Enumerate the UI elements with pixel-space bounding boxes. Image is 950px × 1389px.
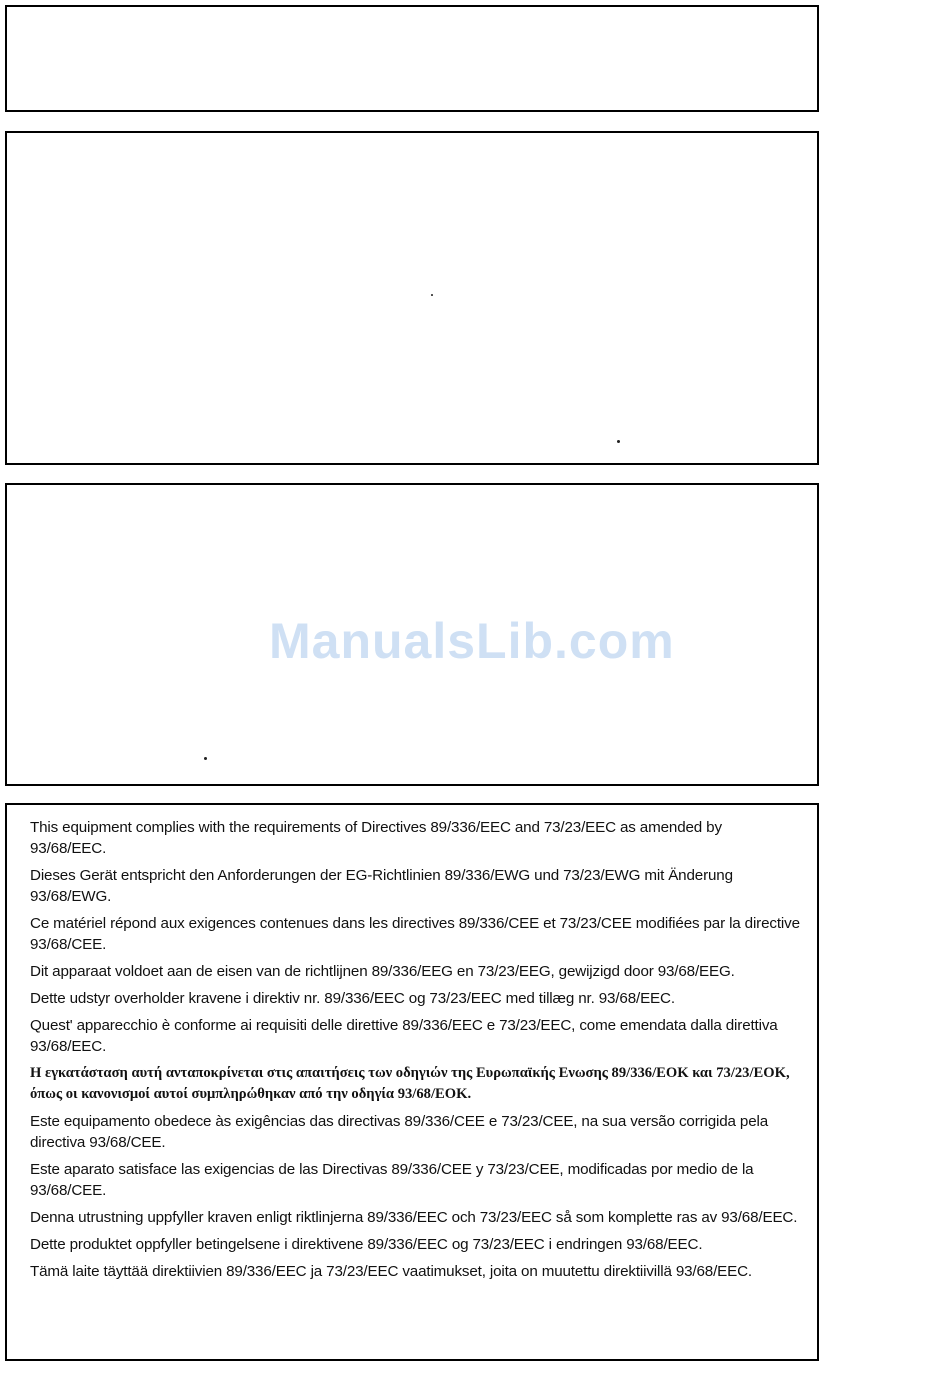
- compliance-statement-en: This equipment complies with the require…: [30, 817, 800, 859]
- empty-box-middle: [5, 131, 819, 465]
- empty-box-top: [5, 5, 819, 112]
- compliance-statement-fr: Ce matériel répond aux exigences contenu…: [30, 913, 800, 955]
- scan-speck: [204, 757, 207, 760]
- compliance-statement-fi: Tämä laite täyttää direktiivien 89/336/E…: [30, 1261, 800, 1282]
- compliance-statement-pt: Este equipamento obedece às exigências d…: [30, 1111, 800, 1153]
- compliance-statement-nl: Dit apparaat voldoet aan de eisen van de…: [30, 961, 800, 982]
- compliance-statement-it: Quest' apparecchio è conforme ai requisi…: [30, 1015, 800, 1057]
- watermark: ManualsLib.com: [269, 612, 675, 670]
- compliance-statement-de: Dieses Gerät entspricht den Anforderunge…: [30, 865, 800, 907]
- compliance-statements: This equipment complies with the require…: [30, 817, 800, 1288]
- compliance-statement-da: Dette udstyr overholder kravene i direkt…: [30, 988, 800, 1009]
- compliance-statement-sv: Denna utrustning uppfyller kraven enligt…: [30, 1207, 800, 1228]
- compliance-statement-el: Η εγκατάσταση αυτή ανταποκρίνεται στις α…: [30, 1063, 800, 1105]
- scan-speck: [617, 440, 620, 443]
- compliance-statement-no: Dette produktet oppfyller betingelsene i…: [30, 1234, 800, 1255]
- empty-box-watermark: ManualsLib.com: [5, 483, 819, 786]
- scan-speck: [431, 294, 434, 297]
- compliance-box: This equipment complies with the require…: [5, 803, 819, 1361]
- compliance-statement-es: Este aparato satisface las exigencias de…: [30, 1159, 800, 1201]
